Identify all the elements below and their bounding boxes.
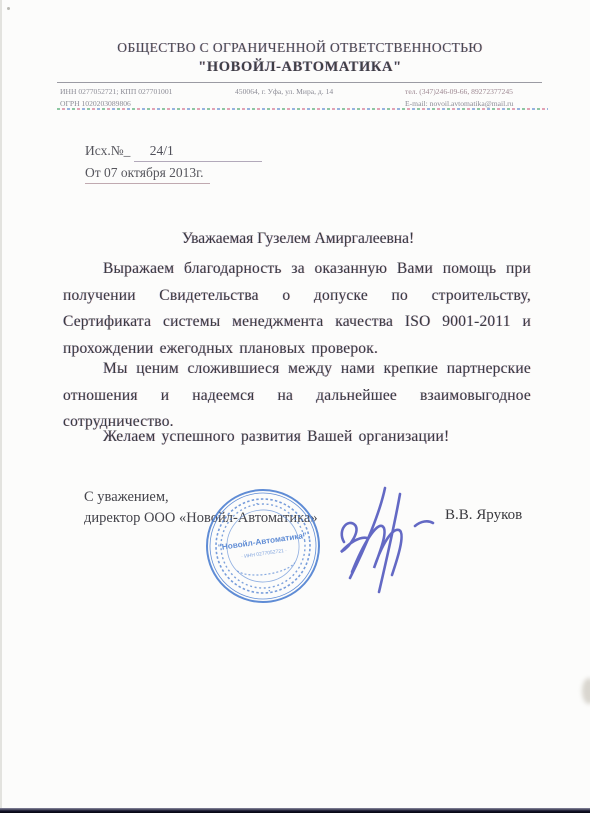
- org-type-heading: ОБЩЕСТВО С ОГРАНИЧЕННОЙ ОТВЕТСТВЕННОСТЬЮ: [40, 40, 560, 56]
- scan-edge-bottom: [0, 808, 590, 813]
- scan-edge-left: [0, 0, 2, 813]
- phone-text: тел. (347)246-09-66, 89272377245: [405, 86, 545, 98]
- address-text: 450064, г. Уфа, ул. Мира, д. 14: [235, 86, 405, 98]
- svg-text:· ИНН 0277052721 ·: · ИНН 0277052721 ·: [241, 548, 288, 560]
- org-name-heading: "НОВОЙЛ-АВТОМАТИКА": [40, 59, 560, 76]
- svg-text:•: •: [268, 588, 271, 594]
- outgoing-number-value: 24/1: [134, 140, 262, 162]
- scan-speck: [7, 7, 10, 10]
- letterhead-info-row: ИНН 0277052721; КПП 027701001 ОГРН 10202…: [60, 86, 545, 110]
- closing-phrase: С уважением,: [84, 489, 169, 506]
- letterhead-contacts: тел. (347)246-09-66, 89272377245 E-mail:…: [405, 86, 545, 110]
- body-paragraph-3: Желаем успешного развития Вашей организа…: [63, 424, 531, 451]
- body-paragraph-1: Выражаем благодарность за оказанную Вами…: [63, 256, 531, 363]
- letterhead-address: 450064, г. Уфа, ул. Мира, д. 14: [235, 86, 405, 110]
- outgoing-number-label: Исх.№_: [85, 143, 130, 158]
- reference-block: Исх.№_ 24/1 От 07 октября 2013г.: [85, 140, 262, 184]
- signer-name: В.В. Яруков: [445, 507, 522, 524]
- outgoing-number-row: Исх.№_ 24/1: [85, 140, 262, 162]
- letterhead-registration: ИНН 0277052721; КПП 027701001 ОГРН 10202…: [60, 86, 235, 110]
- svg-text:•: •: [256, 501, 259, 507]
- letterhead-divider-dotted: [57, 108, 548, 110]
- letter-date-value: От 07 октября 2013г.: [85, 162, 210, 184]
- letter-date-row: От 07 октября 2013г.: [85, 162, 262, 184]
- handwritten-signature-icon: [322, 480, 450, 602]
- scanned-letter-page: ОБЩЕСТВО С ОГРАНИЧЕННОЙ ОТВЕТСТВЕННОСТЬЮ…: [0, 0, 590, 813]
- scan-smudge: [582, 678, 590, 704]
- letterhead-divider-solid: [57, 82, 542, 83]
- salutation: Уважаемая Гузелем Амиргалеевна!: [65, 230, 531, 248]
- stamp-center-label: "Новойл-Автоматика": [217, 531, 307, 552]
- inn-kpp-text: ИНН 0277052721; КПП 027701001: [60, 86, 235, 98]
- company-stamp-icon: "Новойл-Автоматика" · ИНН 0277052721 · •…: [196, 479, 329, 612]
